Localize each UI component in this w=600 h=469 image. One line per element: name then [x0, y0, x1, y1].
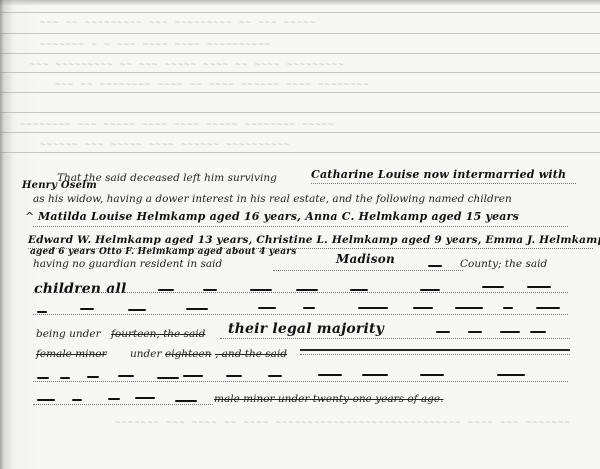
- bleed-through-text: ~~~~~~ ~~~ ~~~~~ ~~~~ ~~~~~~ ~~~~~~~~~~: [40, 140, 290, 150]
- struck-printed-text: eighteen: [165, 348, 211, 360]
- bleed-through-text: ~~~ ~~ ~~~~~~~~ ~~~~ ~~ ~~~~ ~~~~~~ ~~~~…: [55, 80, 370, 90]
- fill-dash: [428, 265, 442, 267]
- ruled-line: [0, 12, 600, 13]
- fill-in-line: [33, 404, 213, 405]
- fill-dash: [268, 375, 282, 377]
- handwritten-text: Madison: [336, 252, 395, 266]
- ruled-line: [0, 72, 600, 73]
- fill-dash: [420, 289, 440, 291]
- fill-in-line: [33, 314, 568, 315]
- fill-dash: [87, 376, 99, 378]
- handwritten-text: their legal majority: [228, 321, 384, 337]
- fill-dash: [482, 286, 504, 288]
- fill-dash: [500, 331, 520, 333]
- bleed-through-text: ~~~~~~~~ ~~~ ~~~~~ ~~~~ ~~~~ ~~~~~ ~~~~~…: [20, 120, 335, 130]
- handwritten-text: Matilda Louise Helmkamp aged 16 years, A…: [38, 210, 519, 223]
- fill-in-line: [220, 338, 570, 339]
- fill-dash: [362, 374, 388, 376]
- printed-text: as his widow, having a dower interest in…: [33, 193, 512, 205]
- fill-dash: [157, 377, 179, 379]
- document-page: ~~~ ~~ ~~~~~~~~~ ~~~ ~~~~~~~~~ ~~ ~~~ ~~…: [0, 0, 600, 469]
- fill-in-line: [311, 183, 576, 184]
- fill-dash: [203, 289, 217, 291]
- bleed-through-text: ~~~~~~~ ~~~ ~~~~ ~~ ~~~~ ~~~~~~~~~~~~~~~…: [115, 418, 571, 428]
- fill-dash: [527, 286, 551, 288]
- bleed-through-text: ~~~~~~~ ~ ~ ~~~ ~~~~ ~~~~ ~~~~~~~~~~: [40, 40, 271, 50]
- printed-text: having no guardian resident in said: [33, 258, 222, 270]
- fill-dash: [118, 375, 134, 377]
- fill-dash: [80, 308, 94, 310]
- fill-dash: [413, 307, 433, 309]
- handwritten-text: Catharine Louise now intermarried with: [311, 168, 566, 181]
- fill-dash: [186, 308, 208, 310]
- handwritten-text: Edward W. Helmkamp aged 13 years, Christ…: [28, 234, 600, 246]
- fill-dash: [128, 309, 146, 311]
- fill-dash: [503, 307, 513, 309]
- ruled-line: [0, 92, 600, 93]
- printed-text: under: [130, 348, 161, 360]
- handwritten-text: children all: [34, 281, 127, 297]
- bleed-through-text: ~~~ ~~~~~~~~~ ~~ ~~~ ~~~~~ ~~~~ ~~ ~~~~ …: [30, 60, 345, 70]
- printed-text: being under: [36, 328, 101, 340]
- fill-dash: [183, 375, 203, 377]
- ruled-line: [0, 33, 600, 34]
- ruled-line: [0, 132, 600, 133]
- ruled-line: [0, 152, 600, 153]
- bleed-through-text: ~~~ ~~ ~~~~~~~~~ ~~~ ~~~~~~~~~ ~~ ~~~ ~~…: [40, 18, 316, 28]
- strike-through-line: [300, 349, 570, 351]
- struck-printed-text: fourteen, the said: [111, 328, 205, 340]
- fill-dash: [536, 307, 560, 309]
- fill-dash: [60, 377, 70, 379]
- fill-dash: [303, 307, 315, 309]
- fill-in-line: [33, 292, 568, 293]
- fill-dash: [72, 399, 82, 401]
- fill-dash: [258, 307, 276, 309]
- ruled-line: [0, 53, 600, 54]
- fill-in-line: [33, 226, 568, 227]
- fill-dash: [158, 289, 174, 291]
- fill-dash: [318, 374, 342, 376]
- fill-dash: [175, 400, 197, 402]
- handwritten-text: aged 6 years Otto F. Helmkamp aged about…: [30, 247, 296, 257]
- struck-printed-text: , and the said: [215, 348, 287, 360]
- fill-dash: [135, 397, 155, 399]
- struck-printed-text: female minor: [36, 348, 107, 360]
- fill-dash: [296, 289, 318, 291]
- fill-in-line: [300, 354, 570, 355]
- fill-dash: [37, 399, 55, 401]
- fill-dash: [350, 289, 368, 291]
- printed-text: County; the said: [460, 258, 547, 270]
- fill-dash: [37, 311, 47, 313]
- struck-printed-text: male minor under twenty-one years of age…: [214, 393, 443, 405]
- fill-dash: [436, 331, 450, 333]
- insertion-caret: ^: [25, 210, 34, 223]
- fill-dash: [468, 331, 482, 333]
- fill-in-line: [273, 270, 463, 271]
- fill-dash: [455, 307, 483, 309]
- fill-in-line: [33, 381, 568, 382]
- fill-dash: [108, 398, 120, 400]
- fill-dash: [497, 374, 525, 376]
- fill-dash: [226, 375, 242, 377]
- fill-dash: [530, 331, 546, 333]
- ruled-line: [0, 112, 600, 113]
- handwritten-text: Henry Oselm: [22, 180, 97, 191]
- fill-dash: [37, 377, 49, 379]
- fill-dash: [250, 289, 272, 291]
- fill-dash: [358, 307, 388, 309]
- fill-dash: [420, 374, 444, 376]
